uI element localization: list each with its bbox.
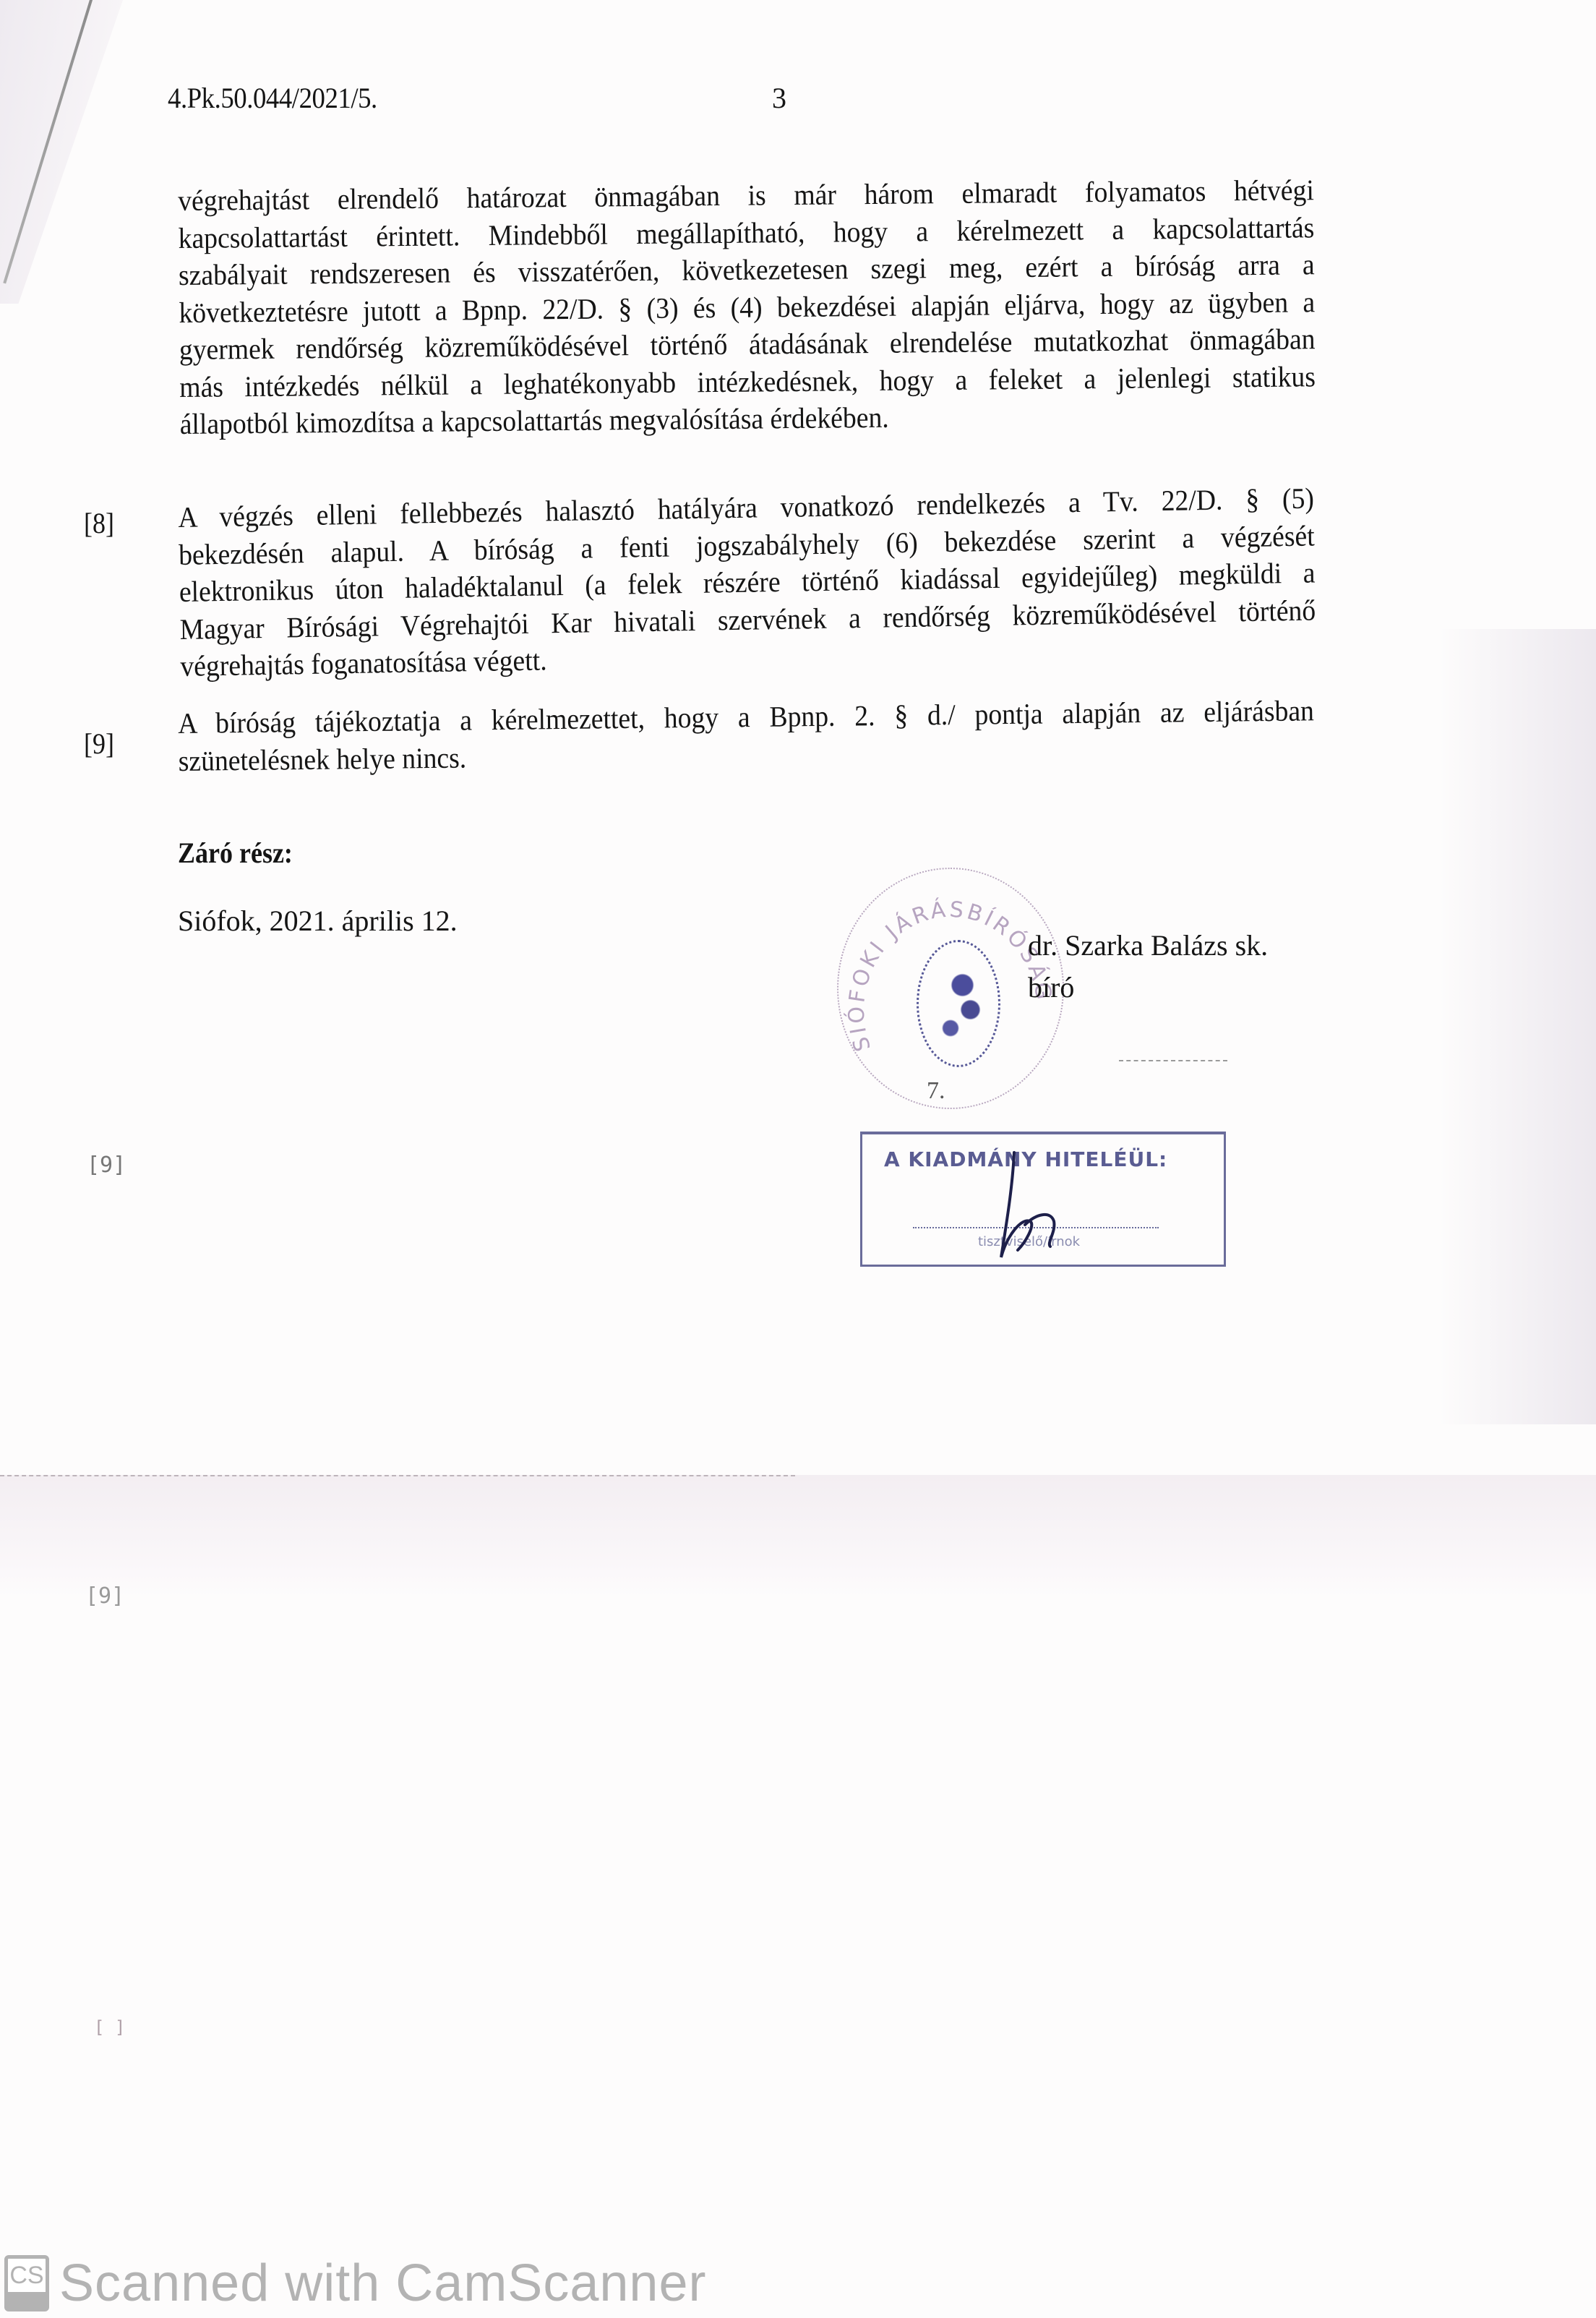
signer-name: dr. Szarka Balázs sk. bbox=[1028, 928, 1268, 962]
paragraph-7-continuation: végrehajtást elrendelő határozat önmagáb… bbox=[178, 171, 1316, 442]
scanned-document-page: 4.Pk.50.044/2021/5. 3 végrehajtást elren… bbox=[0, 0, 1596, 2318]
camscanner-logo-icon: CS bbox=[4, 2255, 49, 2311]
scan-band-edge bbox=[0, 1475, 795, 1476]
case-number: 4.Pk.50.044/2021/5. bbox=[168, 81, 377, 115]
paragraph-8: A végzés elleni fellebbezés halasztó hat… bbox=[178, 479, 1316, 685]
camscanner-watermark: CS Scanned with CamScanner bbox=[4, 2254, 706, 2312]
signature-line bbox=[1119, 1060, 1227, 1061]
scan-shadow bbox=[1438, 629, 1596, 1424]
paragraph-number-9: [9] bbox=[84, 727, 114, 761]
court-seal-emblem-icon bbox=[917, 940, 1000, 1067]
handwritten-signature-icon bbox=[985, 1149, 1072, 1265]
margin-mark: [9] bbox=[87, 1152, 126, 1178]
certification-stamp: A KIADMÁNY HITELÉÜL: tisztviselő/írnok bbox=[860, 1132, 1226, 1267]
page-fold-shadow bbox=[0, 0, 123, 304]
scan-page-band bbox=[0, 1475, 1596, 1598]
place-and-date: Siófok, 2021. április 12. bbox=[178, 904, 458, 938]
closing-section-heading: Záró rész: bbox=[178, 836, 293, 870]
signer-title: bíró bbox=[1028, 970, 1074, 1004]
watermark-text: Scanned with CamScanner bbox=[59, 2254, 706, 2313]
page-number: 3 bbox=[772, 81, 786, 115]
margin-mark: [9] bbox=[85, 1583, 124, 1609]
paragraph-number-8: [8] bbox=[84, 506, 114, 540]
margin-mark: [ ] bbox=[94, 2017, 125, 2037]
paragraph-9: A bíróság tájékoztatja a kérelmezettet, … bbox=[178, 692, 1315, 779]
court-seal-number: 7. bbox=[927, 1077, 945, 1105]
